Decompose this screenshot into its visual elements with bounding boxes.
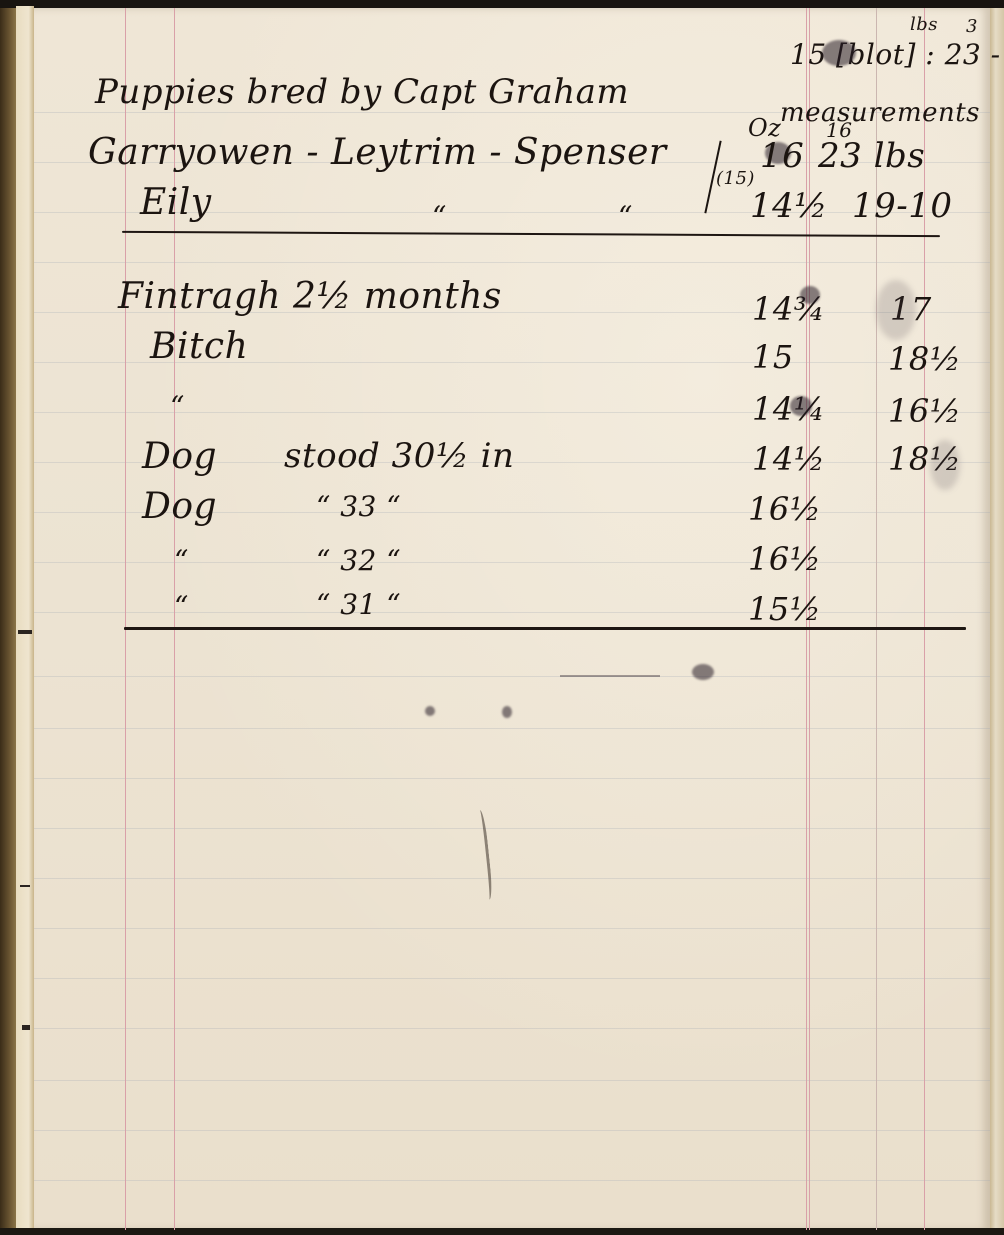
ink-smudge	[930, 440, 960, 490]
entry-7-note: “ 31 “	[316, 588, 401, 621]
row-2-name: Eily	[140, 182, 212, 223]
ruling-line	[34, 828, 990, 829]
ruling-line	[34, 928, 990, 929]
row-2-height: 14½	[750, 186, 828, 226]
ruling-line	[34, 728, 990, 729]
entry-5-note: “ 33 “	[316, 490, 401, 523]
show-through-line	[560, 675, 660, 677]
page-edge	[990, 8, 1004, 1230]
entry-5-label: Dog	[142, 486, 217, 527]
stub-mark	[22, 1025, 30, 1030]
ditto-mark: “	[432, 200, 447, 233]
heading-line-1: Puppies bred by Capt Graham	[95, 72, 629, 112]
ink-blot	[692, 664, 714, 680]
ruling-line	[34, 878, 990, 879]
bottom-edge	[0, 1228, 1004, 1235]
ruling-line	[34, 978, 990, 979]
entry-7-label: “	[174, 590, 189, 623]
page-note-sup-lbs: lbs	[910, 14, 938, 35]
heading-line-2: Garryowen - Leytrim - Spenser	[88, 132, 667, 173]
row-2-weight: 19-10	[852, 186, 953, 226]
entry-6-label: “	[174, 544, 189, 577]
ink-blot	[790, 396, 812, 416]
ditto-mark: “	[618, 200, 633, 233]
ink-blot	[822, 40, 856, 66]
book-binding	[0, 0, 16, 1235]
ink-blot	[502, 706, 512, 718]
entry-4-note: stood 30½ in	[284, 436, 514, 476]
ruling-line	[34, 1080, 990, 1081]
heading-measurements: measurements	[780, 98, 980, 128]
entry-2-height: 15	[752, 338, 794, 376]
section-title: Fintragh 2½ months	[118, 276, 502, 317]
entry-3-label: “	[170, 390, 185, 423]
page-stub	[16, 6, 34, 1231]
stub-mark	[20, 885, 30, 887]
ink-blot	[425, 706, 435, 716]
page-note-sup-3: 3	[966, 16, 978, 37]
entry-4-label: Dog	[142, 436, 217, 477]
row-1-weight: 23 lbs	[818, 136, 925, 176]
ruling-line	[34, 1130, 990, 1131]
entry-4-height: 14½	[752, 440, 825, 478]
ruling-line	[34, 676, 990, 677]
ruling-line	[34, 778, 990, 779]
stub-mark	[18, 630, 32, 634]
entry-3-height: 14¼	[752, 390, 825, 428]
entry-1-label: Bitch	[150, 326, 248, 367]
entry-6-note: “ 32 “	[316, 544, 401, 577]
entry-2-weight: 18½	[888, 340, 961, 378]
ruling-line	[34, 262, 990, 263]
top-edge	[0, 0, 1004, 8]
entry-7-height: 15½	[748, 590, 821, 628]
entry-6-height: 16½	[748, 540, 821, 578]
entry-3-weight: 16½	[888, 392, 961, 430]
row-1-height: 16	[760, 136, 804, 176]
entry-5-height: 16½	[748, 490, 821, 528]
ruling-line	[34, 1028, 990, 1029]
margin-rule	[125, 8, 126, 1230]
ink-smudge	[876, 280, 916, 340]
ruling-line	[34, 1180, 990, 1181]
ink-blot	[800, 286, 820, 304]
section-rule	[124, 627, 966, 630]
